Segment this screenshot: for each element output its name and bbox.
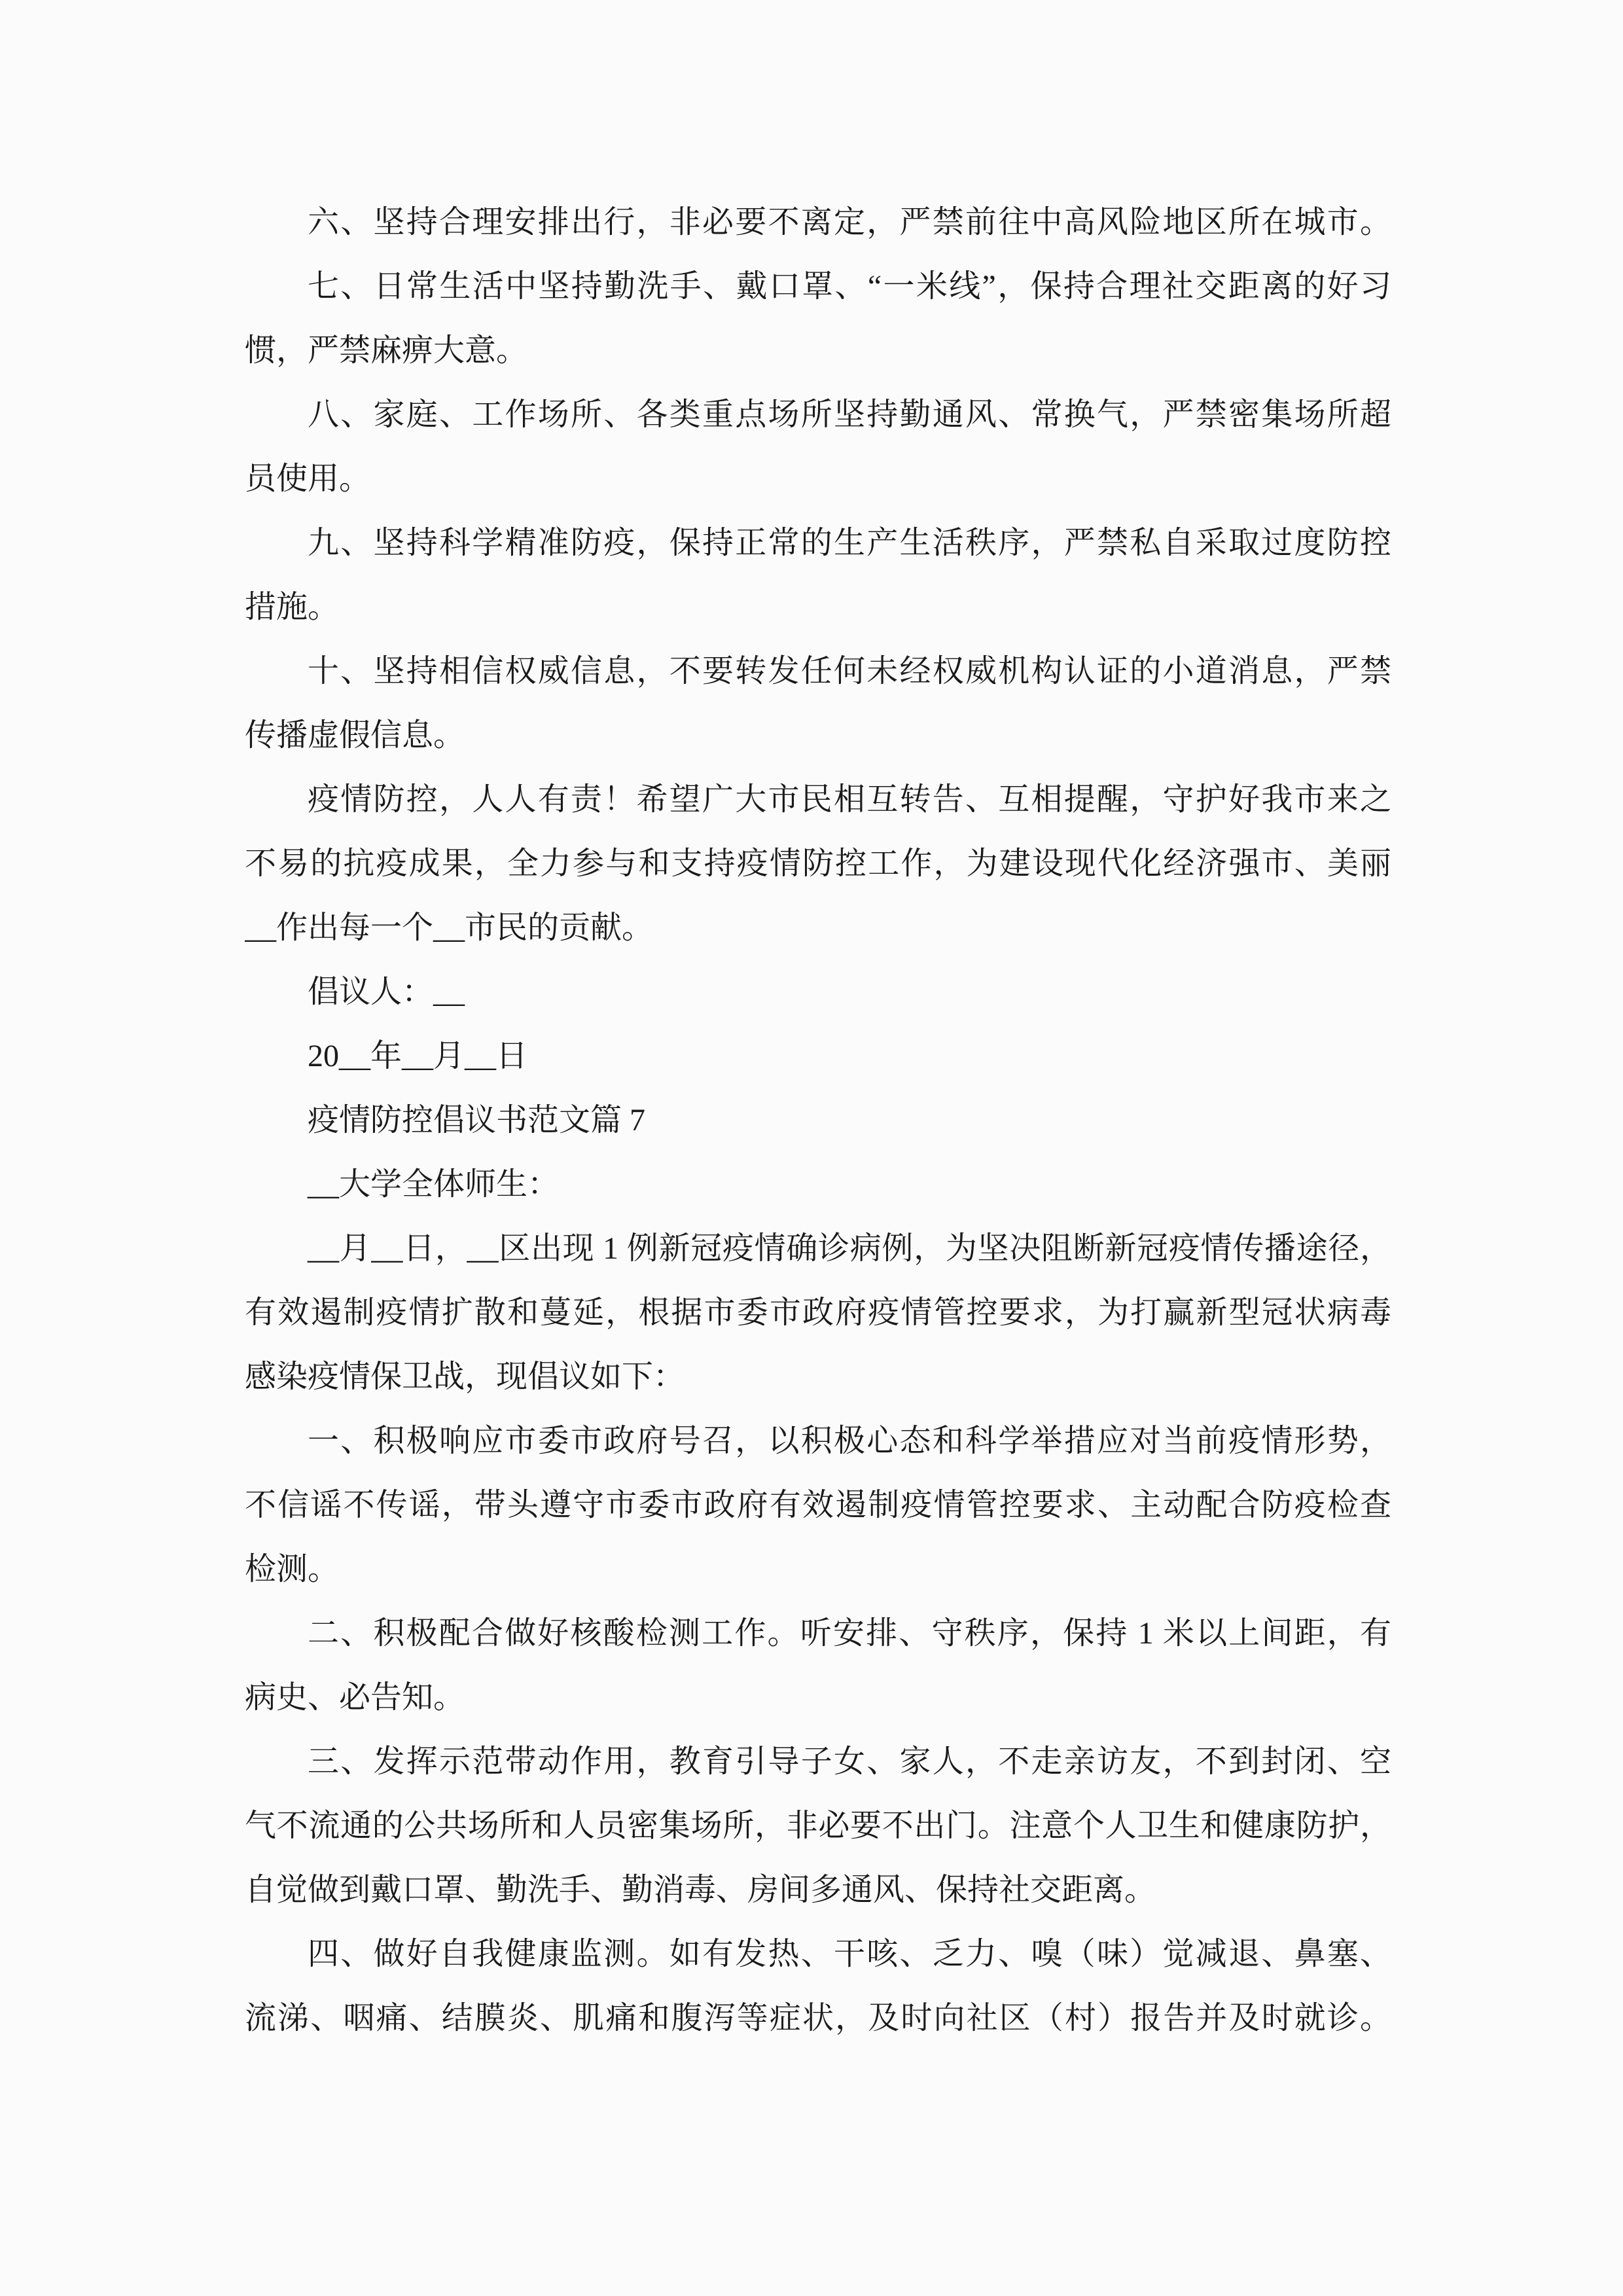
- text-line: 自觉做到戴口罩、勤洗手、勤消毒、房间多通风、保持社交距离。: [245, 1858, 1391, 1922]
- text-line: 二、积极配合做好核酸检测工作。听安排、守秩序，保持 1 米以上间距，有: [245, 1602, 1391, 1666]
- document-body: { "page": { "background_color": "#fbfbfb…: [0, 0, 1623, 2296]
- text-line: 四、做好自我健康监测。如有发热、干咳、乏力、嗅（味）觉减退、鼻塞、: [245, 1922, 1391, 1986]
- document-page: 六、坚持合理安排出行，非必要不离定，严禁前往中高风险地区所在城市。七、日常生活中…: [0, 0, 1623, 2296]
- text-line: 传播虚假信息。: [245, 704, 1391, 768]
- text-line: 惯，严禁麻痹大意。: [245, 319, 1391, 383]
- text-line: 流涕、咽痛、结膜炎、肌痛和腹泻等症状，及时向社区（村）报告并及时就诊。: [245, 1986, 1391, 2051]
- text-line: 疫情防控倡议书范文篇 7: [245, 1088, 1391, 1153]
- text-line: __作出每一个__市民的贡献。: [245, 896, 1391, 960]
- text-line: 三、发挥示范带动作用，教育引导子女、家人，不走亲访友，不到封闭、空: [245, 1730, 1391, 1794]
- text-line: 检测。: [245, 1537, 1391, 1602]
- text-line: 一、积极响应市委市政府号召，以积极心态和科学举措应对当前疫情形势，: [245, 1409, 1391, 1473]
- text-line: __大学全体师生：: [245, 1153, 1391, 1217]
- text-line: 六、坚持合理安排出行，非必要不离定，严禁前往中高风险地区所在城市。: [245, 190, 1391, 255]
- text-line: __月__日，__区出现 1 例新冠疫情确诊病例，为坚决阻断新冠疫情传播途径，: [245, 1217, 1391, 1281]
- text-line: 20__年__月__日: [245, 1024, 1391, 1088]
- text-line: 十、坚持相信权威信息，不要转发任何未经权威机构认证的小道消息，严禁: [245, 639, 1391, 704]
- text-line: 倡议人：__: [245, 960, 1391, 1024]
- text-line: 七、日常生活中坚持勤洗手、戴口罩、“一米线”，保持合理社交距离的好习: [245, 255, 1391, 319]
- text-line: 感染疫情保卫战，现倡议如下：: [245, 1345, 1391, 1409]
- text-line: 不易的抗疫成果，全力参与和支持疫情防控工作，为建设现代化经济强市、美丽: [245, 832, 1391, 896]
- text-line: 八、家庭、工作场所、各类重点场所坚持勤通风、常换气，严禁密集场所超: [245, 383, 1391, 447]
- text-line: 员使用。: [245, 447, 1391, 511]
- text-line: 有效遏制疫情扩散和蔓延，根据市委市政府疫情管控要求，为打赢新型冠状病毒: [245, 1281, 1391, 1345]
- text-line: 疫情防控，人人有责！希望广大市民相互转告、互相提醒，守护好我市来之: [245, 768, 1391, 832]
- text-line: 不信谣不传谣，带头遵守市委市政府有效遏制疫情管控要求、主动配合防疫检查: [245, 1473, 1391, 1537]
- text-block: 六、坚持合理安排出行，非必要不离定，严禁前往中高风险地区所在城市。七、日常生活中…: [245, 190, 1391, 2051]
- text-line: 九、坚持科学精准防疫，保持正常的生产生活秩序，严禁私自采取过度防控: [245, 511, 1391, 575]
- text-line: 措施。: [245, 575, 1391, 639]
- text-line: 病史、必告知。: [245, 1666, 1391, 1730]
- text-line: 气不流通的公共场所和人员密集场所，非必要不出门。注意个人卫生和健康防护，: [245, 1794, 1391, 1858]
